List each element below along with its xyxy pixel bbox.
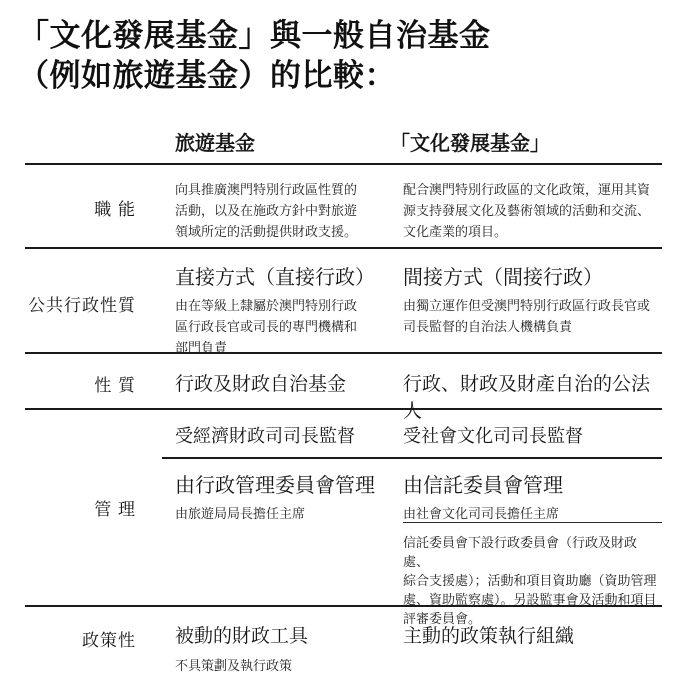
admin-nature-cultural-heading: 間接方式（間接行政） [403,249,662,290]
table-row-policy: 政策性 被動的財政工具 不具策劃及執行政策 主動的政策執行組織 [25,605,662,683]
row-label-function: 職 能 [25,165,162,247]
policy-tourism-cell: 被動的財政工具 不具策劃及執行政策 [162,607,390,683]
policy-cultural-cell: 主動的政策執行組織 [390,607,662,683]
function-tourism-cell: 向具推廣澳門特別行政區性質的 活動，以及在施政方針中對旅遊 領域所定的活動提供財… [162,165,390,247]
column-header-tourism-fund: 旅遊基金 [162,127,390,163]
management-committee-cultural: 由信託委員會管理 [403,469,662,498]
table-row-management: 管 理 受經濟財政司司長監督 受社會文化司司長監督 由行政管理委員會管理 由旅遊… [25,408,662,605]
management-chair-tourism: 由旅遊局局長擔任主席 [175,503,390,522]
row-label-policy: 政策性 [25,607,162,683]
admin-nature-cultural-detail: 由獨立運作但受澳門特別行政區行政長官或 司長監督的自治法人機構負責 [403,290,662,337]
function-tourism-text: 向具推廣澳門特別行政區性質的 活動，以及在施政方針中對旅遊 領域所定的活動提供財… [175,165,390,242]
admin-nature-tourism-heading: 直接方式（直接行政） [175,249,390,290]
management-supervision-tourism: 受經濟財政司司長監督 [162,410,390,457]
management-committee-tourism: 由行政管理委員會管理 [175,469,390,498]
column-header-cultural-development-fund: 「文化發展基金」 [390,127,662,163]
policy-cultural-text: 主動的政策執行組織 [403,607,662,648]
management-supervision-cultural: 受社會文化司司長監督 [390,410,662,457]
comparison-table: 旅遊基金 「文化發展基金」 職 能 向具推廣澳門特別行政區性質的 活動，以及在施… [25,120,662,683]
function-cultural-text: 配合澳門特別行政區的文化政策，運用其資 源支持發展文化及藝術領域的活動和交流、 … [403,165,662,242]
management-committee-tourism-cell: 由行政管理委員會管理 由旅遊局局長擔任主席 [162,457,390,522]
function-cultural-cell: 配合澳門特別行政區的文化政策，運用其資 源支持發展文化及藝術領域的活動和交流、 … [390,165,662,247]
table-row-function: 職 能 向具推廣澳門特別行政區性質的 活動，以及在施政方針中對旅遊 領域所定的活… [25,163,662,247]
table-header-row: 旅遊基金 「文化發展基金」 [25,120,662,163]
management-committee-cultural-cell: 由信託委員會管理 由社會文化司司長擔任主席 [390,457,662,522]
admin-nature-tourism-cell: 直接方式（直接行政） 由在等級上隸屬於澳門特別行政 區行政長官或司長的專門機構和… [162,249,390,358]
table-row-admin-nature: 公共行政性質 直接方式（直接行政） 由在等級上隸屬於澳門特別行政 區行政長官或司… [25,247,662,352]
table-row-nature: 性 質 行政及財政自治基金 行政、財政及財產自治的公法人 [25,352,662,408]
policy-tourism-text: 被動的財政工具 [175,607,390,648]
management-chair-cultural: 由社會文化司司長擔任主席 [403,503,662,522]
row-label-management: 管 理 [25,410,162,628]
admin-nature-tourism-detail: 由在等級上隸屬於澳門特別行政 區行政長官或司長的專門機構和 部門負責 [175,290,390,358]
policy-tourism-detail: 不具策劃及執行政策 [175,655,390,674]
page-title: 「文化發展基金」與一般自治基金 （例如旅遊基金）的比較： [18,16,491,96]
nature-tourism-text: 行政及財政自治基金 [175,354,390,396]
row-label-admin-nature: 公共行政性質 [25,249,162,358]
admin-nature-cultural-cell: 間接方式（間接行政） 由獨立運作但受澳門特別行政區行政長官或 司長監督的自治法人… [390,249,662,358]
comparison-figure: 「文化發展基金」與一般自治基金 （例如旅遊基金）的比較： 旅遊基金 「文化發展基… [0,0,700,683]
